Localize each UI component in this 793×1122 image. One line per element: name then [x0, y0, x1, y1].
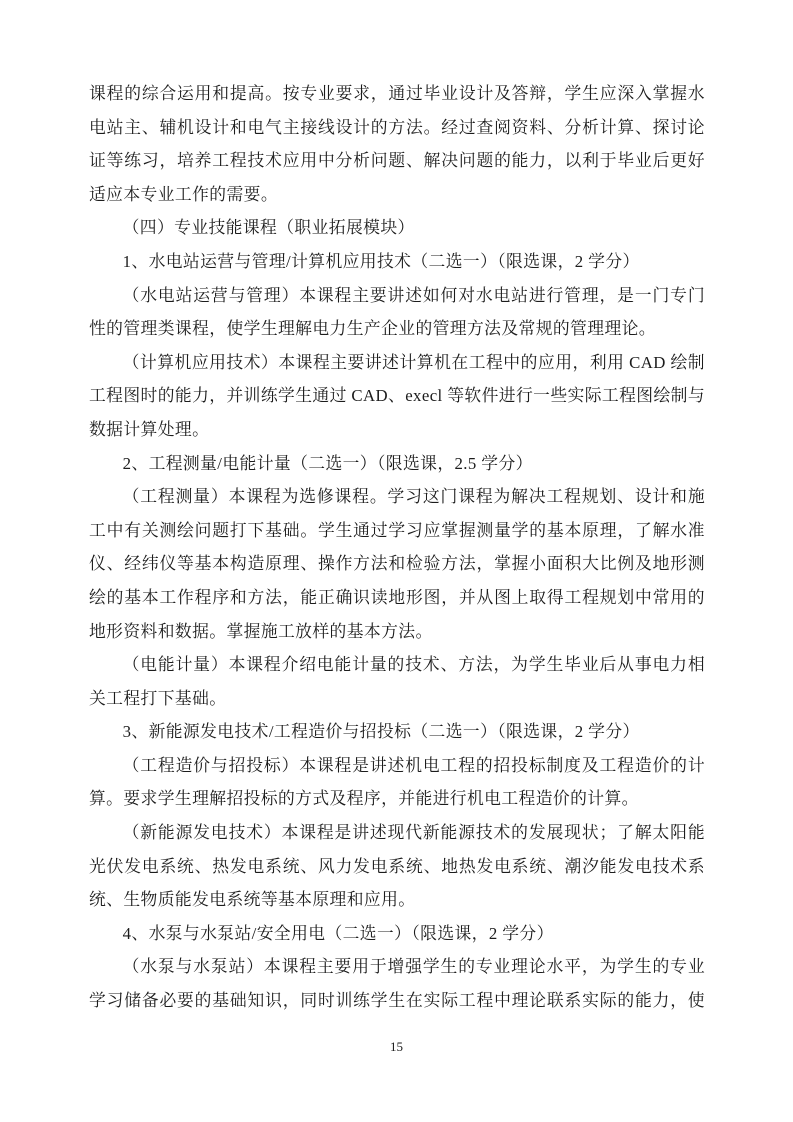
- text-line: 数据计算处理。: [89, 413, 705, 447]
- text-line: （工程测量）本课程为选修课程。学习这门课程为解决工程规划、设计和施: [89, 480, 705, 514]
- text-line: 光伏发电系统、热发电系统、风力发电系统、地热发电系统、潮汐能发电技术系: [89, 850, 705, 884]
- text-line: 适应本专业工作的需要。: [89, 178, 705, 212]
- text-line: 证等练习，培养工程技术应用中分析问题、解决问题的能力，以利于毕业后更好: [89, 144, 705, 178]
- document-body: 课程的综合运用和提高。按专业要求，通过毕业设计及答辩，学生应深入掌握水电站主、辅…: [89, 77, 705, 1018]
- text-line: 3、新能源发电技术/工程造价与招投标（二选一）（限选课，2 学分）: [89, 715, 705, 749]
- text-line: 关工程打下基础。: [89, 682, 705, 716]
- text-line: （新能源发电技术）本课程是讲述现代新能源技术的发展现状；了解太阳能: [89, 816, 705, 850]
- text-line: 2、工程测量/电能计量（二选一）（限选课，2.5 学分）: [89, 447, 705, 481]
- text-line: 地形资料和数据。掌握施工放样的基本方法。: [89, 615, 705, 649]
- text-line: （电能计量）本课程介绍电能计量的技术、方法，为学生毕业后从事电力相: [89, 648, 705, 682]
- text-line: （水电站运营与管理）本课程主要讲述如何对水电站进行管理，是一门专门: [89, 279, 705, 313]
- document-page: 课程的综合运用和提高。按专业要求，通过毕业设计及答辩，学生应深入掌握水电站主、辅…: [0, 0, 793, 1122]
- text-line: （工程造价与招投标）本课程是讲述机电工程的招投标制度及工程造价的计: [89, 749, 705, 783]
- text-line: 学习储备必要的基础知识，同时训练学生在实际工程中理论联系实际的能力，使: [89, 984, 705, 1018]
- page-number: 15: [390, 1039, 403, 1054]
- text-line: 工中有关测绘问题打下基础。学生通过学习应掌握测量学的基本原理，了解水准: [89, 514, 705, 548]
- text-line: 1、水电站运营与管理/计算机应用技术（二选一）（限选课，2 学分）: [89, 245, 705, 279]
- text-line: 仪、经纬仪等基本构造原理、操作方法和检验方法，掌握小面积大比例及地形测: [89, 547, 705, 581]
- text-line: 算。要求学生理解招投标的方式及程序，并能进行机电工程造价的计算。: [89, 782, 705, 816]
- text-line: 课程的综合运用和提高。按专业要求，通过毕业设计及答辩，学生应深入掌握水: [89, 77, 705, 111]
- text-line: 4、水泵与水泵站/安全用电（二选一）（限选课，2 学分）: [89, 917, 705, 951]
- text-line: （四）专业技能课程（职业拓展模块）: [89, 211, 705, 245]
- page-footer: 15: [0, 1038, 793, 1056]
- text-line: （计算机应用技术）本课程主要讲述计算机在工程中的应用，利用 CAD 绘制: [89, 346, 705, 380]
- text-line: 统、生物质能发电系统等基本原理和应用。: [89, 883, 705, 917]
- text-line: （水泵与水泵站）本课程主要用于增强学生的专业理论水平，为学生的专业: [89, 950, 705, 984]
- text-line: 性的管理类课程，使学生理解电力生产企业的管理方法及常规的管理理论。: [89, 312, 705, 346]
- text-line: 电站主、辅机设计和电气主接线设计的方法。经过查阅资料、分析计算、探讨论: [89, 111, 705, 145]
- text-line: 绘的基本工作程序和方法，能正确识读地形图，并从图上取得工程规划中常用的: [89, 581, 705, 615]
- text-line: 工程图时的能力，并训练学生通过 CAD、execl 等软件进行一些实际工程图绘制…: [89, 379, 705, 413]
